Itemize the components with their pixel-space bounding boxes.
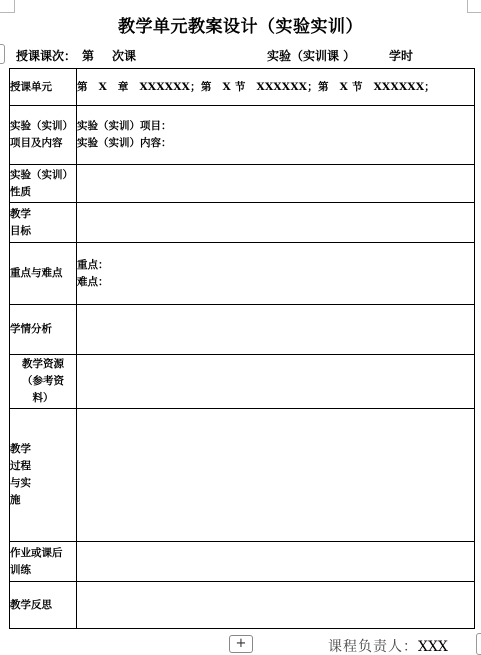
label-line: 项目及内容 xyxy=(10,135,76,152)
table-row: 教学反思 xyxy=(10,582,475,629)
lesson-ci-ke: 次课 xyxy=(112,47,136,64)
label-line: （参考资 xyxy=(10,373,76,390)
row-label: 学情分析 xyxy=(10,305,77,355)
owner-label: 课程负责人： xyxy=(328,639,418,655)
content-line: 实验（实训）内容： xyxy=(77,135,474,152)
objectives-cell[interactable] xyxy=(77,203,475,243)
owner-name: XXX xyxy=(418,639,448,655)
label-line: 目标 xyxy=(10,223,76,240)
label-line: 性质 xyxy=(10,184,76,201)
difficulty-line: 难点： xyxy=(77,274,474,291)
label-line: 作业或课后 xyxy=(10,545,76,562)
table-row: 学情分析 xyxy=(10,305,475,355)
homework-cell[interactable] xyxy=(77,542,475,582)
course-owner: 课程负责人：XXX xyxy=(328,636,448,655)
label-line: 教学 xyxy=(10,206,76,223)
learner-analysis-cell[interactable] xyxy=(77,305,475,355)
table-row: 实验（实训） 项目及内容 实验（实训）项目： 实验（实训）内容： xyxy=(10,106,475,165)
table-row: 实验（实训） 性质 xyxy=(10,165,475,203)
row-label: 实验（实训） 项目及内容 xyxy=(10,106,77,165)
label-line: 与实 xyxy=(10,475,76,492)
row-label: 授课单元 xyxy=(10,69,77,106)
row-label: 教学反思 xyxy=(10,582,77,629)
key-point-line: 重点： xyxy=(77,257,474,274)
table-row: 授课单元 第 X 章 XXXXXX；第 X 节 XXXXXX；第 X 节 XXX… xyxy=(10,69,475,106)
row-label: 重点与难点 xyxy=(10,243,77,305)
row-label: 实验（实训） 性质 xyxy=(10,165,77,203)
table-row: 作业或课后 训练 xyxy=(10,542,475,582)
collapse-marker[interactable] xyxy=(0,44,5,64)
label-line: 过程 xyxy=(10,458,76,475)
hours-label: 学时 xyxy=(389,47,413,64)
label-line: 训练 xyxy=(10,562,76,579)
key-points-cell[interactable]: 重点： 难点： xyxy=(77,243,475,305)
resources-cell[interactable] xyxy=(77,355,475,409)
lab-label: 实验（实训课 ） xyxy=(267,47,355,64)
label-line: 料） xyxy=(10,390,76,407)
label-line: 施 xyxy=(10,492,76,509)
add-row-button[interactable]: + xyxy=(229,635,253,653)
table-row: 教学 目标 xyxy=(10,203,475,243)
unit-value-cell[interactable]: 第 X 章 XXXXXX；第 X 节 XXXXXX；第 X 节 XXXXXX； xyxy=(77,69,475,106)
project-line: 实验（实训）项目： xyxy=(77,118,474,135)
table-row: 重点与难点 重点： 难点： xyxy=(10,243,475,305)
process-cell[interactable] xyxy=(77,409,475,542)
table-row: 教学资源 （参考资 料） xyxy=(10,355,475,409)
table-row: 教学 过程 与实 施 xyxy=(10,409,475,542)
lesson-di: 第 xyxy=(82,47,94,64)
reflection-cell[interactable] xyxy=(77,582,475,629)
label-line: 实验（实训） xyxy=(10,167,76,184)
label-line: 教学 xyxy=(10,441,76,458)
nature-cell[interactable] xyxy=(77,165,475,203)
row-label: 教学 过程 与实 施 xyxy=(10,409,77,542)
lesson-label: 授课课次： xyxy=(16,47,76,64)
label-line: 实验（实训） xyxy=(10,118,76,135)
page-edge-marker xyxy=(476,633,481,655)
row-label: 作业或课后 训练 xyxy=(10,542,77,582)
row-label: 教学资源 （参考资 料） xyxy=(10,355,77,409)
label-line: 教学资源 xyxy=(10,356,76,373)
lesson-plan-table: 授课单元 第 X 章 XXXXXX；第 X 节 XXXXXX；第 X 节 XXX… xyxy=(9,68,475,629)
document-title: 教学单元教案设计（实验实训） xyxy=(0,12,481,37)
row-label: 教学 目标 xyxy=(10,203,77,243)
project-content-cell[interactable]: 实验（实训）项目： 实验（实训）内容： xyxy=(77,106,475,165)
